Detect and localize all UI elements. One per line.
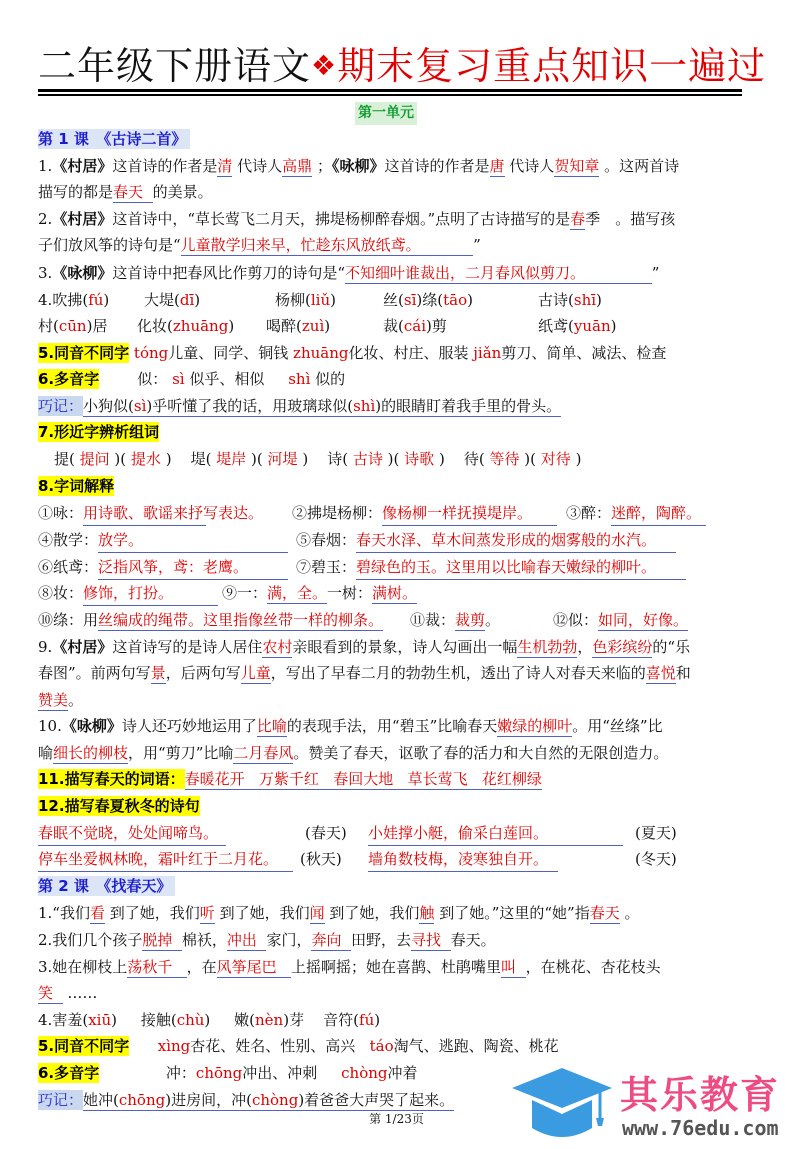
text: ，写出了早春二月的勃勃生机，透出了诗人对春天来临的: [271, 664, 646, 682]
poem-line: 春眠不觉晓，处处闻啼鸟。: [38, 822, 226, 846]
pinyin: liǔ: [311, 291, 330, 309]
text: 她冲(: [83, 1091, 119, 1109]
word: 草长莺飞: [408, 770, 468, 788]
definition: 碧绿色的玉。这里用以比喻春天嫩绿的柳叶。: [356, 556, 686, 580]
l1-tip-line: 巧记：小狗似(sì)乎听懂了我的话，用玻璃球似(shì)的眼睛盯着我手里的骨头。: [38, 395, 561, 417]
char: 堤: [191, 450, 206, 468]
season-label: (夏天): [635, 822, 677, 844]
pinyin: chòng: [341, 1064, 387, 1082]
section-label: 6.多音字: [38, 1063, 99, 1083]
text: 代诗人: [509, 157, 554, 175]
word: 裁: [383, 317, 398, 335]
term: ⑤春烟：: [296, 531, 356, 549]
definition: 裁剪: [455, 611, 485, 631]
title-rule-thin: [38, 94, 742, 96]
text: 3.她在柳枝上: [38, 958, 127, 976]
watermark-logo: 其乐教育 www.76edu.com: [510, 1064, 790, 1144]
lesson-2-heading: 第 2 课 《找春天》: [38, 876, 175, 896]
text: 的表现手法，用“碧玉”比喻春天: [287, 717, 497, 735]
text: 4.: [38, 291, 52, 309]
word: 古诗: [538, 291, 568, 309]
answer: 细长的柳枝: [53, 744, 128, 764]
text: ，用“剪刀”比喻: [128, 744, 233, 762]
words: 似乎、相似: [189, 370, 264, 388]
text: )的眼睛盯着我手里的骨头。: [375, 397, 561, 415]
pinyin: fú: [88, 291, 103, 309]
text: 这首诗的作者是: [384, 157, 489, 175]
answer: 寻找: [411, 931, 441, 951]
l1-q9-line2: 春图”。前两句写景，后两句写儿童，写出了早春二月的勃勃生机，透出了诗人对春天来临…: [38, 662, 691, 684]
tip-label: 巧记：: [38, 1090, 83, 1110]
l2-q1-line: 1.“我们看 到了她，我们听 到了她，我们闻 到了她，我们触 到了她。”这里的“…: [38, 902, 640, 924]
char: 待: [464, 450, 479, 468]
pinyin: jiǎn: [473, 344, 501, 362]
l1-q12-label-line: 12.描写春夏秋冬的诗句: [38, 795, 200, 817]
text: 到了她，我们: [110, 904, 200, 922]
term: ⑧妆：: [38, 584, 83, 602]
answer: 景: [151, 664, 166, 684]
definition: 用诗歌、歌谣来抒写表达。: [83, 502, 206, 526]
word: 春暖花开: [185, 770, 245, 788]
answer: 听: [200, 904, 215, 924]
text: 这首诗中，“草长莺飞二月天，拂堤杨柳醉春烟。”点明了古诗描写的是: [112, 210, 570, 228]
l1-q1-line1: 1.《村居》这首诗的作者是清 代诗人高鼎 ；《咏柳》这首诗的作者是唐 代诗人贺知…: [38, 155, 679, 177]
pinyin-item: 丝(sī)绦(tāo): [383, 289, 473, 311]
text: 9.: [38, 638, 52, 656]
poem-line: 墙角数枝梅，凌寒独自开。: [368, 848, 558, 872]
l1-q11-line: 11.描写春天的词语：春暖花开 万紫千红 春回大地 草长莺飞 花红柳绿: [38, 768, 542, 790]
title-black-part: 二年级下册语文: [38, 44, 311, 88]
pinyin: sī: [404, 291, 417, 309]
unit-heading: 第一单元: [355, 102, 417, 125]
pinyin: shì: [288, 370, 310, 388]
l1-q10-line2: 喻细长的柳枝，用“剪刀”比喻二月春风。赞美了春天，讴歌了春的活力和大自然的无限创…: [38, 742, 668, 764]
l1-q5-line: 5.同音不同字 tóng儿童、同学、铜钱 zhuāng化妆、村庄、服装 jiǎn…: [38, 342, 666, 364]
char: 冲：: [166, 1064, 196, 1082]
words: 儿童、同学、铜钱: [168, 344, 288, 362]
pinyin: cái: [404, 317, 426, 335]
answer: 色彩缤纷: [592, 638, 652, 658]
word: 吹拂: [52, 291, 82, 309]
text: 。: [625, 904, 640, 922]
l1-q7-items: 提( 提问 )( 提水 ) 堤( 堤岸 )( 河堤 ) 诗( 古诗 )( 诗歌 …: [54, 448, 581, 470]
section-label: 6.多音字: [38, 369, 99, 389]
pinyin: xìng: [158, 1037, 191, 1055]
definition: 丝编成的绳带。这里指像丝带一样的柳条。: [98, 611, 383, 631]
lesson-1-heading: 第 1 课 《古诗二首》: [38, 129, 190, 149]
section-label: 12.描写春夏秋冬的诗句: [38, 796, 200, 816]
text: 喻: [38, 744, 53, 762]
text: 3.: [38, 264, 52, 282]
term: ①咏：: [38, 504, 83, 522]
text: 到了她，我们: [220, 904, 310, 922]
answer: 生机勃勃: [517, 638, 577, 658]
definition: 修饰，打扮。: [83, 582, 218, 606]
poem-title: 《咏柳》: [62, 717, 122, 735]
words: 似的: [315, 370, 345, 388]
pinyin: zuì: [302, 317, 324, 335]
text: ；: [317, 157, 332, 175]
l2-q3-line2: 笑 ……: [38, 982, 97, 1004]
pinyin: fú: [359, 1011, 374, 1029]
answer: 荡秋千: [127, 958, 172, 978]
text: 上摇啊摇；她在喜鹊、杜鹃嘴里: [291, 958, 501, 976]
definition: 满，全。: [267, 584, 327, 604]
word: 大堤: [144, 291, 174, 309]
answer: 看: [90, 904, 105, 924]
word: 杨柳: [275, 291, 305, 309]
text: 诗人还巧妙地运用了: [122, 717, 257, 735]
definition: 像杨柳一样抚摸堤岸。: [382, 502, 557, 526]
text: 代诗人: [237, 157, 282, 175]
word: 河堤: [268, 450, 298, 468]
word: 丝: [383, 291, 398, 309]
text: 春天。: [451, 931, 496, 949]
text: ，在: [187, 958, 217, 976]
term: ⑥纸鸢：: [38, 558, 98, 576]
term: ④散学：: [38, 531, 98, 549]
l2-tip-line: 巧记：她冲(chōng)进房间，冲(chòng)着爸爸大声哭了起来。: [38, 1089, 454, 1111]
section-label: 8.字词解释: [38, 476, 114, 496]
text: 。这两首诗: [604, 157, 679, 175]
pinyin-item: 大堤(dī): [144, 289, 200, 311]
text: )乎听懂了我的话，用玻璃球似(: [146, 397, 353, 415]
text: 家门，: [266, 931, 311, 949]
l1-q9-line3: 赞美。: [38, 689, 83, 711]
word: 居: [92, 317, 107, 335]
word: 诗歌: [404, 450, 434, 468]
answer: 清: [217, 157, 232, 177]
word: 花红柳绿: [482, 770, 542, 788]
text: 10.: [38, 717, 62, 735]
pinyin-item: 裁(cái)剪: [383, 315, 447, 337]
text: 亲眼看到的景象，诗人勾画出一幅: [292, 638, 517, 656]
pinyin: chōng: [119, 1091, 165, 1109]
text: 。: [68, 691, 83, 709]
text: 这首诗中把春风比作剪刀的诗句是“: [112, 264, 345, 282]
char: 提: [54, 450, 69, 468]
pinyin-item: 杨柳(liǔ): [275, 289, 336, 311]
text: ”: [652, 264, 660, 282]
word: 害羞: [52, 1011, 82, 1029]
poem-line: 停车坐爱枫林晚，霜叶红于二月花。: [38, 848, 293, 872]
text: 春图”。前两句写: [38, 664, 151, 682]
pinyin: sì: [172, 370, 185, 388]
season-label: (春天): [305, 822, 347, 844]
term: ⑩绦：用: [38, 611, 98, 629]
l1-q1-line2: 描写的都是春天 的美景。: [38, 181, 213, 203]
words: 冲着: [388, 1064, 418, 1082]
word: 提问: [80, 450, 110, 468]
pinyin: cūn: [59, 317, 87, 335]
word: 堤岸: [216, 450, 246, 468]
words: 杏花、姓名、性别、高兴: [190, 1037, 355, 1055]
season-label: (冬天): [635, 848, 677, 870]
answer: 不知细叶谁裁出，二月春风似剪刀。: [345, 264, 585, 284]
text: 这首诗写的是诗人居住: [112, 638, 262, 656]
answer: 冲出: [227, 931, 257, 951]
answer: 闻: [310, 904, 325, 924]
text: 和: [676, 664, 691, 682]
pinyin: xiū: [88, 1011, 111, 1029]
char: 似：: [137, 370, 167, 388]
l2-q2-line: 2.我们几个孩子脱掉 棉袄，冲出 家门，奔向 田野，去寻找 春天。: [38, 929, 496, 951]
l1-q10-line1: 10.《咏柳》诗人还巧妙地运用了比喻的表现手法，用“碧玉”比喻春天嫩绿的柳叶。用…: [38, 715, 663, 737]
text: 子们放风筝的诗句是“: [38, 236, 181, 254]
pinyin: zhuāng: [173, 317, 228, 335]
word: 喝醉: [266, 317, 296, 335]
l1-q2-line2: 子们放风筝的诗句是“儿童散学归来早，忙趁东风放纸鸢。 ”: [38, 234, 481, 256]
l2-q3-line1: 3.她在柳枝上荡秋千 ，在风筝尾巴 上摇啊摇；她在喜鹊、杜鹃嘴里叫 ，在桃花、杏…: [38, 956, 661, 978]
term: ⑫似：: [553, 611, 598, 629]
l1-q2-line1: 2.《村居》这首诗中，“草长莺飞二月天，拂堤杨柳醉春烟。”点明了古诗描写的是春季…: [38, 208, 675, 230]
word: 剪: [432, 317, 447, 335]
l1-q8-label-line: 8.字词解释: [38, 475, 114, 497]
word: 绦: [422, 291, 437, 309]
pinyin: táo: [370, 1037, 394, 1055]
answer: 春天: [590, 904, 620, 924]
text: 到了她，我们: [329, 904, 419, 922]
text: 。用“丝绦”比: [572, 717, 662, 735]
poem-line: 小娃撑小艇，偷采白莲回。: [368, 822, 623, 846]
term: ③醉：: [566, 504, 611, 522]
text: 小狗似(: [83, 397, 134, 415]
definition: 泛指风筝，鸢：老鹰。: [98, 556, 288, 580]
text: 到了她。”这里的“她”指: [439, 904, 590, 922]
page-title: 二年级下册语文❖期末复习重点知识一遍过: [38, 42, 744, 90]
text: 季 。描写孩: [585, 210, 675, 228]
section-label: 5.同音不同字: [38, 1036, 129, 1056]
text: 1.: [38, 157, 52, 175]
lesson-2-heading-line: 第 2 课 《找春天》: [38, 875, 175, 897]
word: 提水: [131, 450, 161, 468]
text: 的美景。: [153, 183, 213, 201]
pinyin: dī: [180, 291, 194, 309]
pinyin: nèn: [255, 1011, 283, 1029]
word: 芽: [289, 1011, 304, 1029]
graduation-cap-icon: [510, 1066, 615, 1146]
word: 嫩: [234, 1011, 249, 1029]
tip-label: 巧记：: [38, 396, 83, 416]
l1-q9-line1: 9.《村居》这首诗写的是诗人居住农村亲眼看到的景象，诗人勾画出一幅生机勃勃，色彩…: [38, 636, 690, 658]
text: 田野，去: [351, 931, 411, 949]
word: 音符: [323, 1011, 353, 1029]
pinyin-item: 古诗(shī): [538, 289, 602, 311]
text: 描写的都是: [38, 183, 113, 201]
pinyin: chù: [177, 1011, 205, 1029]
word: 万紫千红: [259, 770, 319, 788]
text: ，后两句写: [166, 664, 241, 682]
answer: 触: [419, 904, 434, 924]
poem-title: 《村居》: [52, 638, 112, 656]
answer: 风筝尾巴: [217, 958, 277, 978]
text: 这首诗的作者是: [112, 157, 217, 175]
pinyin: zhuāng: [293, 344, 348, 362]
brand-name: 其乐教育: [620, 1064, 780, 1119]
answer: 高鼎: [282, 157, 312, 177]
diamond-icon: ❖: [311, 49, 337, 82]
answer: 嫩绿的柳叶: [497, 717, 572, 737]
answer: 比喻: [257, 717, 287, 737]
answer: 唐: [490, 157, 505, 177]
words: 化妆、村庄、服装: [348, 344, 468, 362]
pinyin: yuān: [574, 317, 611, 335]
text: )着爸爸大声哭了起来。: [298, 1091, 454, 1109]
word: 化妆: [137, 317, 167, 335]
definition: 放学。: [98, 529, 288, 553]
answer: 贺知章: [554, 157, 599, 177]
brand-url: www.76edu.com: [622, 1116, 779, 1140]
poem-title: 《咏柳》: [332, 157, 385, 175]
season-label: (秋天): [300, 848, 342, 870]
l2-q5-line: 5.同音不同字 xìng杏花、姓名、性别、高兴 táo淘气、逃跑、陶瓷、桃花: [38, 1035, 559, 1057]
title-red-part: 期末复习重点知识一遍过: [337, 44, 766, 88]
pinyin: shì: [353, 397, 375, 415]
text: ，在桃花、杏花枝头: [526, 958, 661, 976]
text: 1.“我们: [38, 904, 90, 922]
pinyin-item: 化妆(zhuāng): [137, 315, 234, 337]
l1-q6-line: 6.多音字 似： sì 似乎、相似 shì 似的: [38, 368, 345, 390]
definition: 如同，好像。: [598, 611, 688, 631]
word: 等待: [490, 450, 520, 468]
term: ⑪裁：: [410, 611, 455, 629]
text: 2.我们几个孩子: [38, 931, 142, 949]
lesson-1-heading-line: 第 1 课 《古诗二首》: [38, 128, 190, 150]
title-rule-thick: [38, 89, 742, 92]
definition: 迷醉，陶醉。: [611, 502, 706, 526]
pinyin: sì: [134, 397, 147, 415]
answer: 奔向: [311, 931, 341, 951]
text: )进房间，冲(: [165, 1091, 252, 1109]
word: 对待: [541, 450, 571, 468]
l2-q4-line: 4.害羞(xiū) 接触(chù) 嫩(nèn)芽 音符(fú): [38, 1009, 380, 1031]
document-page: 二年级下册语文❖期末复习重点知识一遍过 第一单元 第 1 课 《古诗二首》 1.…: [0, 0, 793, 1149]
answer: 春: [570, 210, 585, 230]
answer: 喜悦: [646, 664, 676, 684]
answer: 叫: [501, 958, 516, 978]
text: 4.: [38, 1011, 52, 1029]
term: ②拂堤杨柳：: [292, 504, 382, 522]
definition: 春天水泽、草木间蒸发形成的烟雾般的水汽。: [356, 529, 676, 553]
pinyin: tāo: [443, 291, 467, 309]
answer: 春天: [113, 183, 143, 203]
text: 。: [485, 611, 500, 629]
answer: 儿童: [241, 664, 271, 684]
section-label: 7.形近字辨析组词: [38, 422, 159, 442]
l1-q3-line: 3.《咏柳》这首诗中把春风比作剪刀的诗句是“不知细叶谁裁出，二月春风似剪刀。 ”: [38, 262, 659, 284]
pinyin-item: 喝醉(zuì): [266, 315, 330, 337]
poem-title: 《咏柳》: [52, 264, 112, 282]
term: ⑦碧玉：: [296, 558, 356, 576]
poem-title: 《村居》: [52, 157, 112, 175]
words: 淘气、逃跑、陶瓷、桃花: [394, 1037, 559, 1055]
pinyin-item: 村(cūn)居: [38, 315, 107, 337]
text: 棉袄，: [182, 931, 227, 949]
text: 。赞美了春天，讴歌了春的活力和大自然的无限创造力。: [293, 744, 668, 762]
word: 村: [38, 317, 53, 335]
text: ”: [473, 236, 481, 254]
l1-q7-label-line: 7.形近字辨析组词: [38, 421, 159, 443]
pinyin: tóng: [134, 344, 168, 362]
pinyin-item: 纸鸢(yuān): [538, 315, 616, 337]
pinyin: shī: [574, 291, 596, 309]
answer: 赞美: [38, 691, 68, 711]
word: 纸鸢: [538, 317, 568, 335]
section-label: 5.同音不同字: [38, 343, 129, 363]
definition: 满树。: [372, 584, 417, 604]
word: 接触: [141, 1011, 171, 1029]
pinyin: chōng: [196, 1064, 242, 1082]
words: 剪刀、简单、减法、检查: [501, 344, 666, 362]
answer: 农村: [262, 638, 292, 658]
poem-title: 《村居》: [52, 210, 112, 228]
word: 古诗: [353, 450, 383, 468]
text: ……: [67, 984, 97, 1002]
pinyin-item: 4.吹拂(fú): [38, 289, 109, 311]
term: 一树：: [327, 584, 372, 602]
term: ⑨一：: [222, 584, 267, 602]
answer: 二月春风: [233, 744, 293, 764]
char: 诗: [327, 450, 342, 468]
text: ，: [577, 638, 592, 656]
pinyin: chòng: [252, 1091, 298, 1109]
words: 冲出、冲刺: [242, 1064, 317, 1082]
answer: 脱掉: [142, 931, 172, 951]
section-label: 11.描写春天的词语：: [38, 769, 185, 789]
answer: 笑: [38, 984, 53, 1004]
answer: 儿童散学归来早，忙趁东风放纸鸢。: [181, 236, 421, 256]
word: 春回大地: [333, 770, 393, 788]
l2-q6-line: 6.多音字 冲：chōng冲出、冲刺 chòng冲着: [38, 1062, 418, 1084]
text: 的“乐: [652, 638, 690, 656]
text: 2.: [38, 210, 52, 228]
